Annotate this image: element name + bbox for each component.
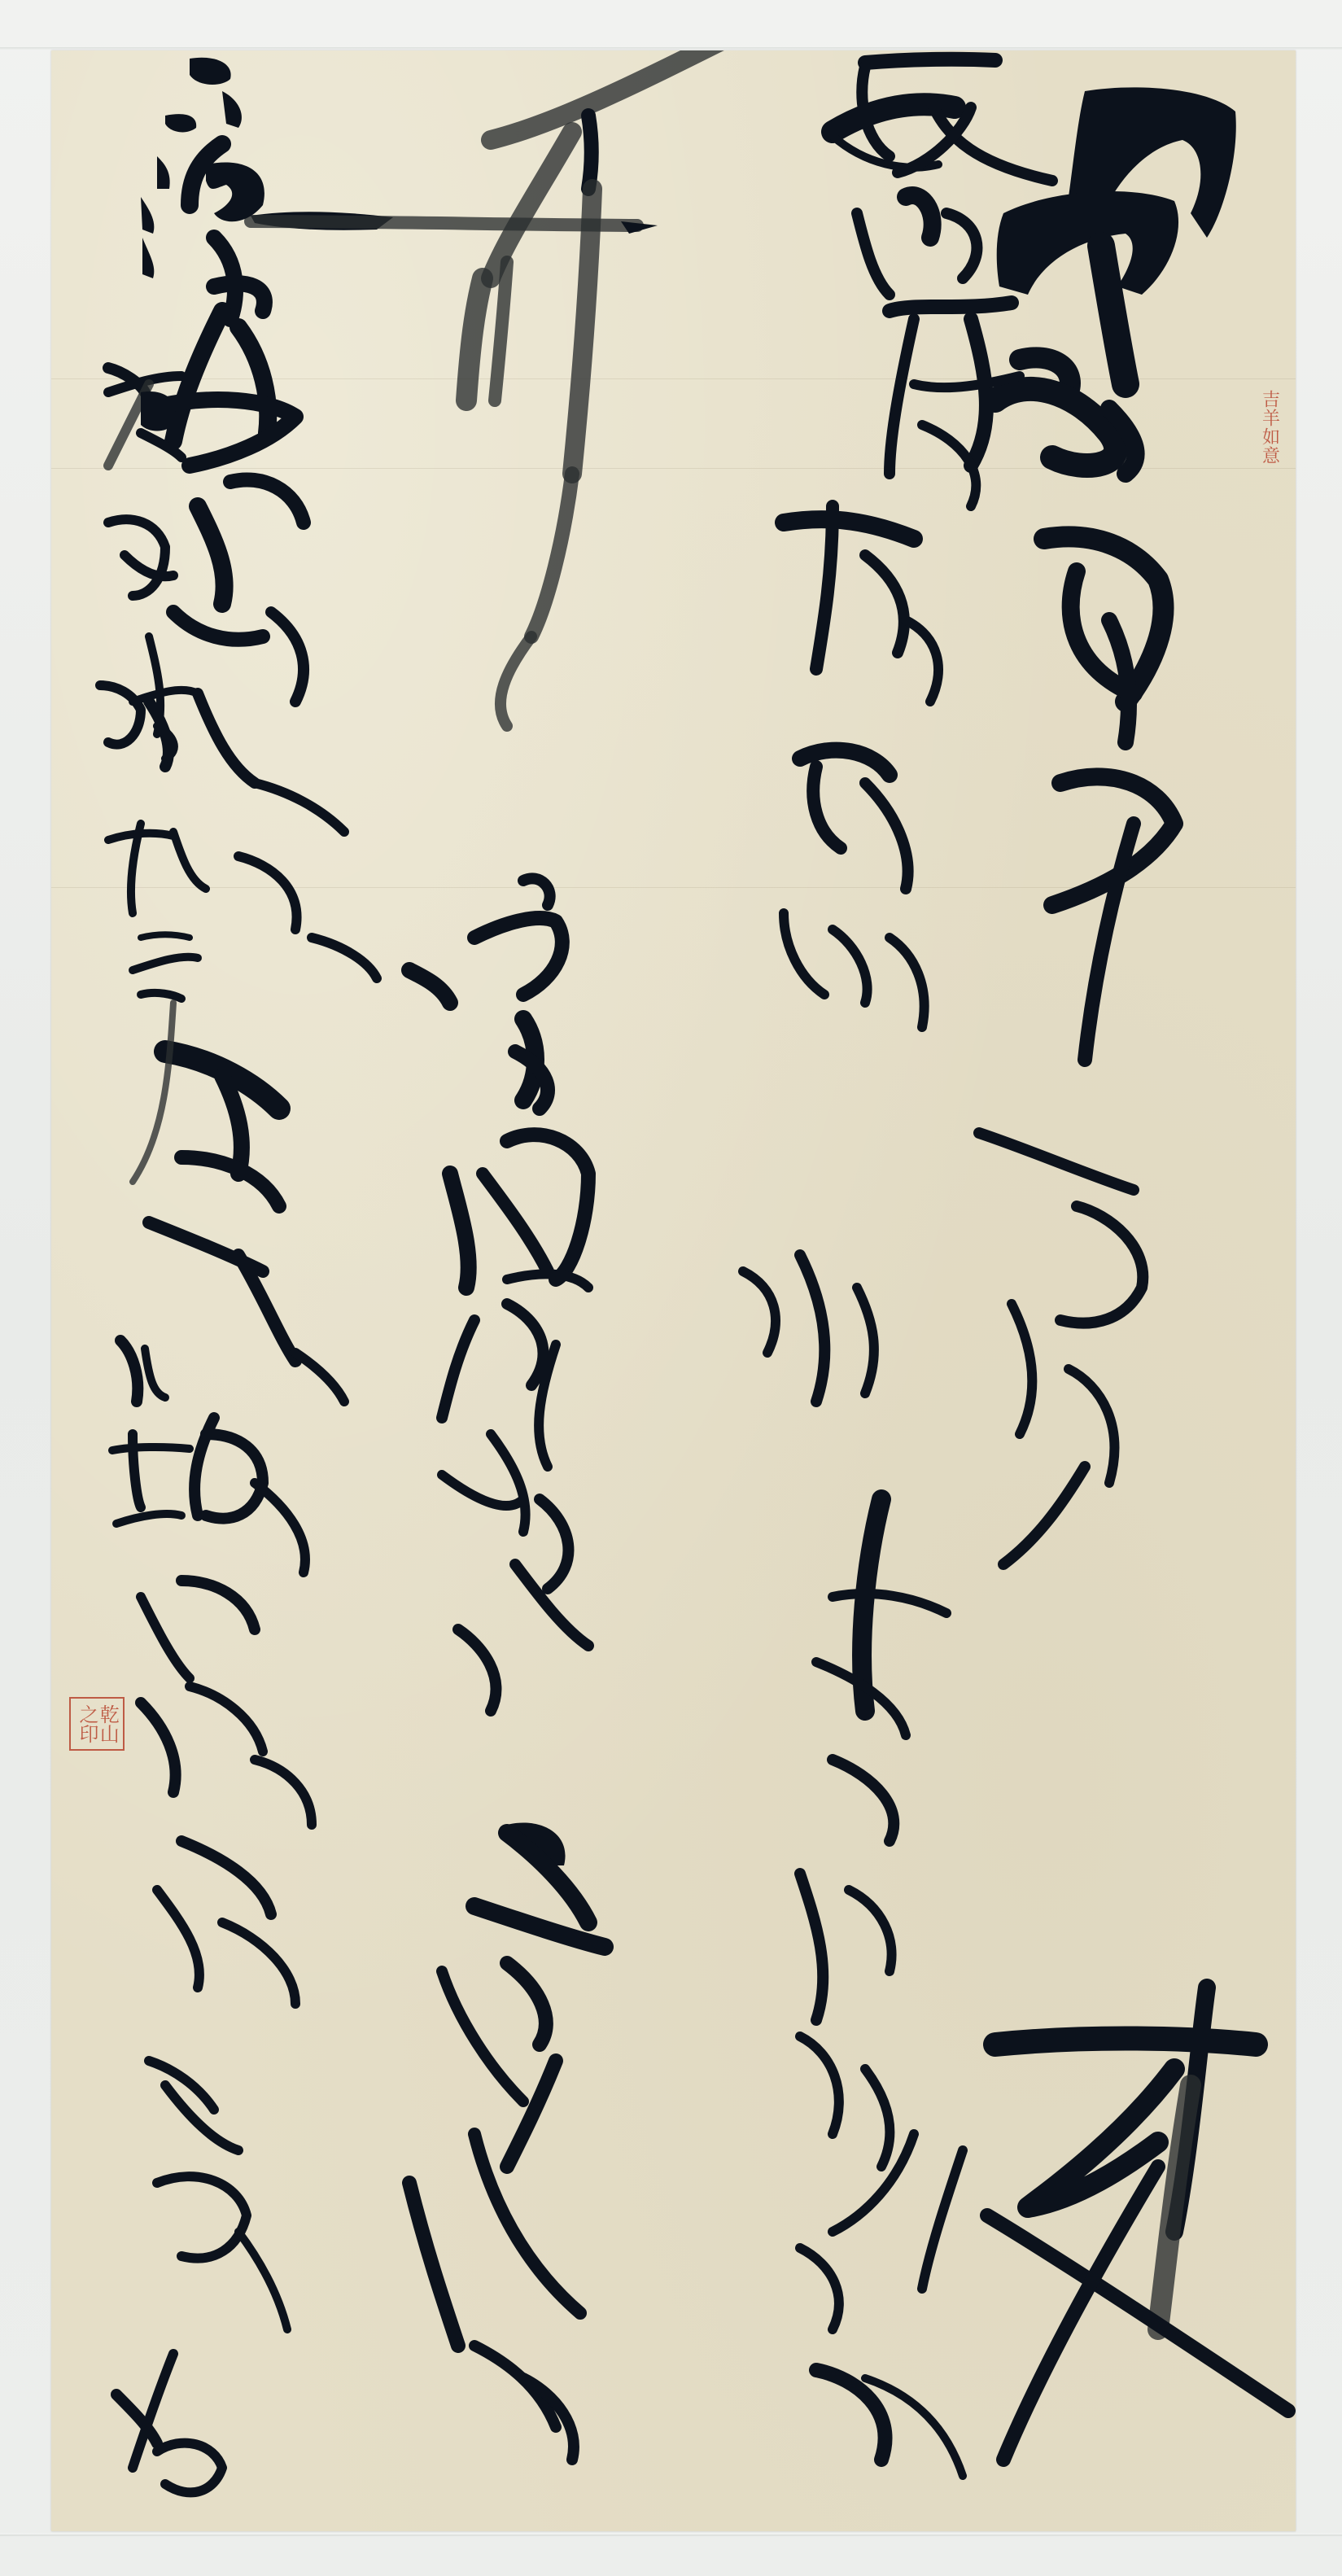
inscription-strokes — [100, 368, 206, 1524]
column-2-strokes — [743, 59, 1052, 2476]
calligraphy-paper — [51, 50, 1296, 2531]
name-seal: 乾山之印 — [69, 1697, 125, 1751]
leading-seal: 吉羊如意 — [1257, 383, 1282, 472]
column-3-strokes — [251, 50, 735, 726]
column-1-strokes — [979, 87, 1288, 2460]
calligraphy-ink-strokes — [51, 50, 1296, 2531]
name-seal-text: 乾山之印 — [76, 1699, 117, 1749]
column-4-strokes — [409, 878, 605, 2460]
mount-fold-bottom — [0, 2533, 1342, 2536]
leading-seal-text: 吉羊如意 — [1260, 390, 1279, 465]
